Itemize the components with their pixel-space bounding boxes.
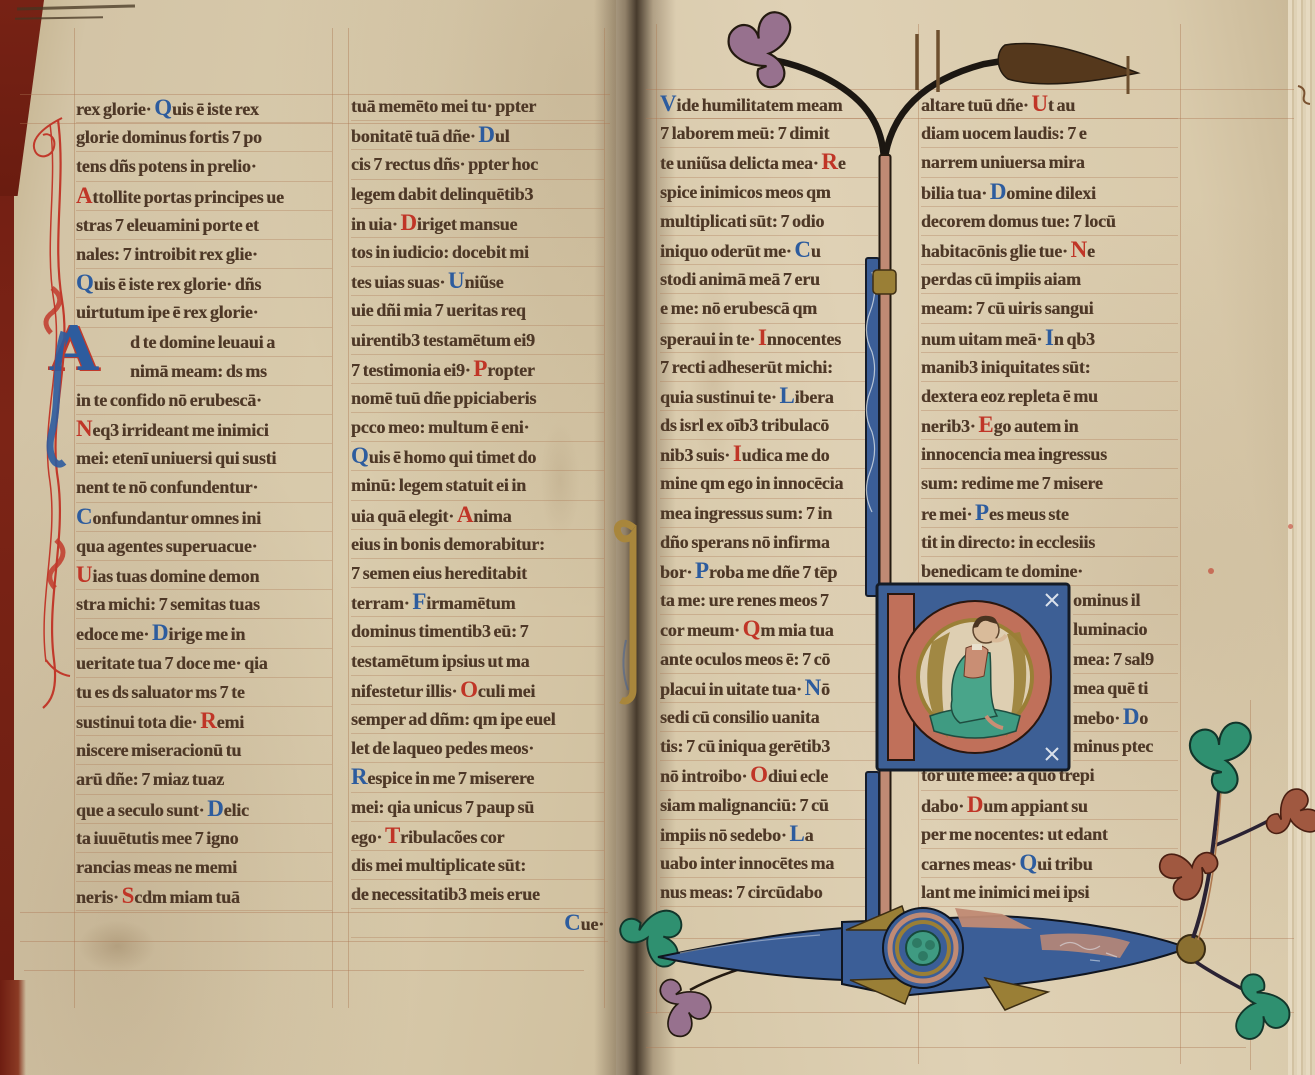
manuscript-text-line: ta iuuētutis mee 7 igno	[76, 824, 332, 853]
text-segment: tes uias suas·	[351, 272, 448, 292]
ruling-line	[1250, 700, 1251, 1070]
colored-initial: L	[789, 821, 804, 846]
text-segment: quia sustinui te·	[660, 387, 779, 407]
manuscript-text-line: narrem uniuersa mira	[921, 148, 1178, 177]
colored-initial: R	[821, 149, 837, 174]
manuscript-text-line: Confundantur omnes ini	[76, 503, 332, 532]
text-segment: per me nocentes: ut edant	[921, 824, 1108, 844]
manuscript-text-line: Respice in me 7 miserere	[351, 763, 604, 792]
text-segment: de necessitatib3 meis erue	[351, 884, 540, 904]
colored-initial: N	[805, 675, 821, 700]
ruling-line	[74, 28, 75, 1008]
text-segment: dominus timentib3 eū: 7	[351, 621, 528, 641]
manuscript-text-line: in uia· Diriget mansue	[351, 209, 604, 238]
text-segment: multiplicati sūt: 7 odio	[660, 211, 824, 231]
text-segment: ueritate tua 7 doce me· qia	[76, 653, 268, 673]
text-segment: cdm miam tuā	[134, 887, 240, 907]
text-segment: nimā meam: ds ms	[130, 361, 267, 381]
colored-initial: S	[122, 883, 135, 908]
text-segment: uis ē iste rex	[172, 99, 259, 119]
text-segment: u	[811, 241, 821, 261]
manuscript-text-line: impiis nō sedebo· La	[660, 820, 878, 849]
text-segment: nerib3·	[921, 416, 978, 436]
text-segment: bor·	[660, 562, 695, 582]
text-segment: ue·	[581, 914, 604, 934]
text-segment: nifestetur illis·	[351, 681, 460, 701]
text-segment: placui in uitate tua·	[660, 679, 805, 699]
manuscript-text-line: dextera eoz repleta ē mu	[921, 382, 1178, 411]
manuscript-text-line: testamētum ipsius ut ma	[351, 647, 604, 676]
text-segment: ul	[495, 126, 510, 146]
manuscript-text-line: tu es ds saluator ms 7 te	[76, 678, 332, 707]
manuscript-text-line: nus meas: 7 circūdabo	[660, 878, 878, 907]
manuscript-text-line: 7 testimonia ei9· Propter	[351, 355, 604, 384]
text-segment: que a seculo sunt·	[76, 800, 207, 820]
text-segment: rancias meas ne memi	[76, 857, 237, 877]
text-segment: diui ecle	[768, 766, 828, 786]
text-segment: lant me inimici mei ipsi	[921, 882, 1089, 902]
manuscript-text-line: re mei· Pes meus ste	[921, 499, 1178, 528]
text-segment: habitacōnis glie tue·	[921, 241, 1071, 261]
manuscript-text-line: tor uite mee: a quo trepi	[921, 761, 1178, 790]
text-segment: ta me: ure renes meos 7	[660, 590, 829, 610]
text-segment: es meus ste	[989, 504, 1069, 524]
colored-initial: N	[76, 416, 92, 441]
manuscript-text-line: nerib3· Ego autem in	[921, 411, 1178, 440]
page-stack-edge	[1288, 0, 1315, 1075]
manuscript-text-line: Vide humilitatem meam	[660, 90, 878, 119]
text-segment: ds isrl ex oīb3 tribulacō	[660, 415, 829, 435]
text-segment: mei: qia unicus 7 paup sū	[351, 797, 534, 817]
ruling-line	[24, 970, 584, 971]
text-segment: dis mei multiplicate sūt:	[351, 855, 526, 875]
manuscript-text-line: mea ingressus sum: 7 in	[660, 499, 878, 528]
text-segment: ui tribu	[1037, 854, 1092, 874]
manuscript-text-line: tos in iudicio: docebit mi	[351, 238, 604, 267]
colored-initial: D	[478, 122, 494, 147]
text-segment: e	[838, 153, 846, 173]
manuscript-text-line: stras 7 eleuamini porte et	[76, 211, 332, 240]
colored-initial: T	[385, 823, 400, 848]
manuscript-text-line: nifestetur illis· Oculi mei	[351, 676, 604, 705]
text-segment: impiis nō sedebo·	[660, 825, 789, 845]
colored-initial: P	[695, 558, 709, 583]
manuscript-text-line: tis: 7 cū iniqua gerētib3	[660, 732, 878, 761]
manuscript-text-line: dño sperans nō infirma	[660, 528, 878, 557]
text-segment: uirentib3 testamētum ei9	[351, 330, 535, 350]
manuscript-text-line: tit in directo: in ecclesiis	[921, 528, 1178, 557]
text-segment: edoce me·	[76, 624, 152, 644]
text-segment: tos in iudicio: docebit mi	[351, 242, 529, 262]
text-segment: tor uite mee: a quo trepi	[921, 765, 1094, 785]
text-segment: omine dilexi	[1006, 183, 1096, 203]
manuscript-text-line: Uias tuas domine demon	[76, 561, 332, 590]
manuscript-text-line: iniquo oderūt me· Cu	[660, 236, 878, 265]
text-segment: ribulacões cor	[400, 827, 504, 847]
ruling-line	[646, 1047, 1246, 1048]
text-segment: nent te nō confundentur·	[76, 477, 258, 497]
manuscript-text-line: semper ad dñm: qm ipe euel	[351, 705, 604, 734]
colored-initial: F	[412, 589, 426, 614]
manuscript-text-line: Attollite portas principes ue	[76, 182, 332, 211]
colored-initial: L	[779, 383, 794, 408]
text-segment: 7 laborem meū: 7 dimit	[660, 123, 829, 143]
text-segment: roba me dñe 7 tēp	[709, 562, 837, 582]
text-segment: ego·	[351, 827, 385, 847]
manuscript-text-line: edoce me· Dirige me in	[76, 619, 332, 648]
text-segment: tit in directo: in ecclesiis	[921, 532, 1095, 552]
text-segment: glorie dominus fortis 7 po	[76, 127, 262, 147]
colored-initial: U	[1031, 91, 1047, 116]
text-segment: mei: etenī uniuersi qui susti	[76, 448, 276, 468]
manuscript-text-line: uabo inter innocētes ma	[660, 849, 878, 878]
colored-initial: U	[448, 268, 464, 293]
text-segment: let de laqueo pedes meos·	[351, 738, 534, 758]
manuscript-text-line: ego· Tribulacões cor	[351, 822, 604, 851]
text-segment: narrem uniuersa mira	[921, 152, 1085, 172]
text-segment: nus meas: 7 circūdabo	[660, 882, 823, 902]
text-segment: go autem in	[994, 416, 1079, 436]
manuscript-text-line: Cue·	[351, 909, 604, 938]
ink-speck	[1288, 524, 1293, 529]
text-segment: uabo inter innocētes ma	[660, 853, 834, 873]
text-segment: dño sperans nō infirma	[660, 532, 830, 552]
text-segment: ante oculos meos ē: 7 cō	[660, 649, 830, 669]
text-segment: siam malignanciū: 7 cū	[660, 795, 829, 815]
manuscript-text-line: glorie dominus fortis 7 po	[76, 123, 332, 152]
manuscript-text-line: nent te nō confundentur·	[76, 473, 332, 502]
text-segment: nomē tuū dñe ppiciaberis	[351, 388, 536, 408]
manuscript-text-line: ta me: ure renes meos 7	[660, 586, 878, 615]
manuscript-text-line: spice inimicos meos qm	[660, 178, 878, 207]
ruling-line	[646, 1012, 1294, 1013]
text-segment: nib3 suis·	[660, 445, 733, 465]
manuscript-text-line: bor· Proba me dñe 7 tēp	[660, 557, 878, 586]
text-segment: luminacio	[1073, 619, 1147, 639]
text-segment: udica me do	[742, 445, 830, 465]
text-segment: o	[1139, 708, 1148, 728]
text-segment: uie dñi mia 7 ueritas req	[351, 300, 526, 320]
manuscript-text-line: stra michi: 7 semitas tuas	[76, 590, 332, 619]
text-segment: neris·	[76, 887, 122, 907]
text-segment: ias tuas domine demon	[92, 566, 259, 586]
manuscript-text-line: mei: etenī uniuersi qui susti	[76, 444, 332, 473]
colored-initial: R	[200, 708, 216, 733]
manuscript-text-line: de necessitatib3 meis erue	[351, 880, 604, 909]
text-segment: eq3 irrideant me inimici	[92, 420, 268, 440]
manuscript-text-line: bilia tua· Domine dilexi	[921, 178, 1178, 207]
text-segment: iniquo oderūt me·	[660, 241, 794, 261]
colored-initial: E	[978, 412, 993, 437]
manuscript-text-line: num uitam meā· In qb3	[921, 324, 1178, 353]
text-segment: emi	[217, 712, 244, 732]
text-segment: e	[1087, 241, 1095, 261]
text-segment: ibera	[795, 387, 834, 407]
ink-speck	[1208, 568, 1214, 574]
text-segment: stodi animā meā 7 eru	[660, 269, 820, 289]
colored-initial: C	[564, 910, 580, 935]
text-segment: nales: 7 introibit rex glie·	[76, 244, 258, 264]
text-segment: stras 7 eleuamini porte et	[76, 215, 259, 235]
colored-initial: Q	[154, 95, 172, 120]
text-segment: decorem domus tue: 7 locū	[921, 211, 1116, 231]
colored-initial: D	[990, 179, 1006, 204]
ruling-line	[604, 28, 605, 1008]
ruling-line	[918, 24, 919, 1064]
text-segment: carnes meas·	[921, 854, 1019, 874]
manuscript-text-line: que a seculo sunt· Delic	[76, 795, 332, 824]
text-segment: bonitatē tuā dñe·	[351, 126, 478, 146]
manuscript-photo: A rex glorie· Quis ē iste rexglorie domi…	[0, 0, 1315, 1075]
manuscript-text-line: decorem domus tue: 7 locū	[921, 207, 1178, 236]
text-segment: a	[805, 825, 814, 845]
text-segment: spice inimicos meos qm	[660, 182, 831, 202]
manuscript-text-line: minus ptec	[1073, 732, 1178, 761]
text-segment: legem dabit delinquētib3	[351, 184, 533, 204]
text-segment: ta iuuētutis mee 7 igno	[76, 828, 238, 848]
text-segment: mea ingressus sum: 7 in	[660, 503, 832, 523]
colored-initial: D	[967, 792, 983, 817]
manuscript-text-line: speraui in te· Innocentes	[660, 324, 878, 353]
manuscript-text-line: rancias meas ne memi	[76, 853, 332, 882]
text-segment: speraui in te·	[660, 329, 758, 349]
text-segment: sum: redime me 7 misere	[921, 473, 1103, 493]
manuscript-text-line: manib3 iniquitates sūt:	[921, 353, 1178, 382]
text-segment: niũse	[464, 272, 503, 292]
text-segment: irige me in	[168, 624, 245, 644]
text-segment: manib3 iniquitates sūt:	[921, 357, 1090, 377]
manuscript-text-line: quia sustinui te· Libera	[660, 382, 878, 411]
manuscript-text-line: dominus timentib3 eū: 7	[351, 617, 604, 646]
manuscript-text-line: nib3 suis· Iudica me do	[660, 440, 878, 469]
manuscript-text-line: d te domine leuaui a	[76, 328, 332, 357]
text-segment: mebo·	[1073, 708, 1123, 728]
text-segment: cis 7 rectus dñs· ppter hoc	[351, 154, 538, 174]
text-segment: um appiant su	[983, 796, 1087, 816]
manuscript-text-line: nimā meam: ds ms	[76, 357, 332, 386]
text-segment: mine qm ego in innocēcia	[660, 473, 843, 493]
manuscript-text-line: nomē tuū dñe ppiciaberis	[351, 384, 604, 413]
colored-initial: O	[750, 762, 768, 787]
manuscript-text-line: Neq3 irrideant me inimici	[76, 415, 332, 444]
manuscript-text-line: ante oculos meos ē: 7 cō	[660, 645, 878, 674]
text-segment: ō	[821, 679, 830, 699]
colored-initial: N	[1071, 237, 1087, 262]
manuscript-text-line: mei: qia unicus 7 paup sū	[351, 793, 604, 822]
text-segment: uia quā elegit·	[351, 506, 457, 526]
manuscript-text-line: mebo· Do	[1073, 703, 1178, 732]
text-segment: tuā memēto mei tu· ppter	[351, 96, 536, 116]
text-segment: 7 recti adheserūt michi:	[660, 357, 833, 377]
ruling-line	[1180, 24, 1181, 1064]
manuscript-text-line: arū dñe: 7 miaz tuaz	[76, 765, 332, 794]
manuscript-text-line: dis mei multiplicate sūt:	[351, 851, 604, 880]
colored-initial: Q	[1019, 850, 1037, 875]
manuscript-text-line: let de laqueo pedes meos·	[351, 734, 604, 763]
right-page-column-1: Vide humilitatem meam7 laborem meū: 7 di…	[660, 90, 878, 907]
colored-initial: P	[975, 500, 989, 525]
manuscript-text-line: pcco meo: multum ē eni·	[351, 413, 604, 442]
manuscript-text-line: te uniũsa delicta mea· Re	[660, 148, 878, 177]
colored-initial: I	[1045, 325, 1054, 350]
manuscript-text-line: uirentib3 testamētum ei9	[351, 326, 604, 355]
manuscript-text-line: mea quē ti	[1073, 674, 1178, 703]
manuscript-text-line: mine qm ego in innocēcia	[660, 469, 878, 498]
text-segment: altare tuū dñe·	[921, 95, 1031, 115]
manuscript-text-line: lant me inimici mei ipsi	[921, 878, 1178, 907]
manuscript-text-line: in te confido nō erubescā·	[76, 386, 332, 415]
text-segment: 7 semen eius hereditabit	[351, 563, 527, 583]
colored-initial: V	[660, 91, 676, 116]
text-segment: eius in bonis demorabitur:	[351, 534, 545, 554]
manuscript-text-line: terram· Firmamētum	[351, 588, 604, 617]
ruling-line	[332, 28, 333, 1008]
text-segment: terram·	[351, 593, 412, 613]
text-segment: sedi cū consilio uanita	[660, 707, 819, 727]
manuscript-text-line: minū: legem statuit ei in	[351, 471, 604, 500]
right-page-column-2: altare tuū dñe· Ut audiam uocem laudis: …	[921, 90, 1178, 907]
colored-initial: O	[460, 677, 478, 702]
manuscript-text-line: habitacōnis glie tue· Ne	[921, 236, 1178, 265]
manuscript-text-line: ds isrl ex oīb3 tribulacō	[660, 411, 878, 440]
text-segment: cor meum·	[660, 620, 743, 640]
text-segment: semper ad dñm: qm ipe euel	[351, 709, 555, 729]
manuscript-text-line: stodi animā meā 7 eru	[660, 265, 878, 294]
text-segment: tens dñs potens in prelio·	[76, 156, 257, 176]
manuscript-text-line: placui in uitate tua· Nō	[660, 674, 878, 703]
manuscript-text-line: eius in bonis demorabitur:	[351, 530, 604, 559]
text-segment: irmamētum	[426, 593, 515, 613]
manuscript-text-line: uirtutum ipe ē rex glorie·	[76, 298, 332, 327]
colored-initial: I	[733, 441, 742, 466]
text-segment: d te domine leuaui a	[130, 332, 275, 352]
colored-initial: Q	[743, 616, 761, 641]
manuscript-text-line: 7 semen eius hereditabit	[351, 559, 604, 588]
text-segment: mea quē ti	[1073, 678, 1148, 698]
text-segment: num uitam meā·	[921, 329, 1045, 349]
ruling-line	[646, 938, 1294, 939]
manuscript-text-line: sustinui tota die· Remi	[76, 707, 332, 736]
colored-initial: C	[76, 504, 92, 529]
manuscript-text-line: altare tuū dñe· Ut au	[921, 90, 1178, 119]
text-segment: ttollite portas principes ue	[92, 187, 283, 207]
text-segment: nō introibo·	[660, 766, 750, 786]
text-segment: espice in me 7 miserere	[367, 768, 534, 788]
text-segment: m mia tua	[760, 620, 833, 640]
manuscript-text-line: carnes meas· Qui tribu	[921, 849, 1178, 878]
manuscript-text-line: ueritate tua 7 doce me· qia	[76, 649, 332, 678]
manuscript-text-line: Quis ē iste rex glorie· dñs	[76, 269, 332, 298]
text-segment: in uia·	[351, 214, 400, 234]
text-segment: bilia tua·	[921, 183, 990, 203]
text-segment: 7 testimonia ei9·	[351, 360, 473, 380]
colored-initial: I	[758, 325, 767, 350]
manuscript-text-line: Quis ē homo qui timet do	[351, 442, 604, 471]
manuscript-text-line: meam: 7 cū uiris sangui	[921, 294, 1178, 323]
text-segment: in te confido nō erubescā·	[76, 390, 262, 410]
manuscript-text-line: uia quā elegit· Anima	[351, 501, 604, 530]
ruling-line	[656, 24, 657, 1014]
text-segment: minū: legem statuit ei in	[351, 475, 526, 495]
text-segment: ominus il	[1073, 590, 1140, 610]
text-segment: testamētum ipsius ut ma	[351, 651, 529, 671]
left-page-column-2: tuā memēto mei tu· ppterbonitatē tuā dñe…	[351, 92, 604, 938]
manuscript-text-line: ominus il	[1073, 586, 1178, 615]
manuscript-text-line: bonitatē tuā dñe· Dul	[351, 121, 604, 150]
text-segment: onfundantur omnes ini	[92, 508, 261, 528]
manuscript-text-line: nō introibo· Odiui ecle	[660, 761, 878, 790]
text-segment: qua agentes superuacue·	[76, 536, 257, 556]
text-segment: rex glorie·	[76, 99, 154, 119]
colored-initial: D	[152, 620, 168, 645]
manuscript-text-line: niscere miseracionū tu	[76, 736, 332, 765]
manuscript-text-line: benedicam te domine·	[921, 557, 1178, 586]
manuscript-text-line: sum: redime me 7 misere	[921, 469, 1178, 498]
text-segment: nnocentes	[767, 329, 841, 349]
text-segment: uis ē homo qui timet do	[369, 447, 536, 467]
colored-initial: D	[400, 210, 416, 235]
text-segment: innocencia mea ingressus	[921, 444, 1107, 464]
manuscript-text-line: rex glorie· Quis ē iste rex	[76, 94, 332, 123]
manuscript-text-line: diam uocem laudis: 7 e	[921, 119, 1178, 148]
manuscript-text-line: 7 laborem meū: 7 dimit	[660, 119, 878, 148]
colored-initial: Q	[351, 443, 369, 468]
text-segment: iriget mansue	[417, 214, 517, 234]
manuscript-text-line: e me: nō erubescā qm	[660, 294, 878, 323]
manuscript-text-line: tes uias suas· Uniũse	[351, 267, 604, 296]
colored-initial: A	[457, 502, 473, 527]
manuscript-text-line: legem dabit delinquētib3	[351, 180, 604, 209]
manuscript-text-line: uie dñi mia 7 ueritas req	[351, 296, 604, 325]
text-segment: uis ē iste rex glorie· dñs	[94, 274, 261, 294]
text-segment: culi mei	[478, 681, 535, 701]
text-segment: elic	[224, 800, 249, 820]
colored-initial: P	[473, 356, 487, 381]
manuscript-text-line: neris· Scdm miam tuā	[76, 882, 332, 911]
manuscript-text-line: dabo· Dum appiant su	[921, 791, 1178, 820]
manuscript-text-line: per me nocentes: ut edant	[921, 820, 1178, 849]
manuscript-text-line: perdas cū impiis aiam	[921, 265, 1178, 294]
colored-initial: Q	[76, 270, 94, 295]
manuscript-text-line: 7 recti adheserūt michi:	[660, 353, 878, 382]
text-segment: perdas cū impiis aiam	[921, 269, 1081, 289]
manuscript-text-line: cis 7 rectus dñs· ppter hoc	[351, 150, 604, 179]
text-segment: mea: 7 sal9	[1073, 649, 1154, 669]
text-segment: ropter	[487, 360, 534, 380]
text-segment: n qb3	[1054, 329, 1095, 349]
text-segment: arū dñe: 7 miaz tuaz	[76, 769, 224, 789]
text-segment: stra michi: 7 semitas tuas	[76, 594, 260, 614]
text-segment: niscere miseracionū tu	[76, 740, 241, 760]
text-segment: ide humilitatem meam	[676, 95, 842, 115]
manuscript-text-line: siam malignanciū: 7 cū	[660, 791, 878, 820]
text-segment: tis: 7 cū iniqua gerētib3	[660, 736, 830, 756]
manuscript-text-line: tens dñs potens in prelio·	[76, 152, 332, 181]
text-segment: t au	[1048, 95, 1075, 115]
text-segment: dextera eoz repleta ē mu	[921, 386, 1098, 406]
colored-initial: R	[351, 764, 367, 789]
text-segment: diam uocem laudis: 7 e	[921, 123, 1087, 143]
colored-initial: C	[794, 237, 810, 262]
text-segment: minus ptec	[1073, 736, 1153, 756]
ruling-line	[348, 28, 349, 1008]
colored-initial: D	[1123, 704, 1139, 729]
text-segment: nima	[473, 506, 511, 526]
text-segment: dabo·	[921, 796, 967, 816]
manuscript-text-line: nales: 7 introibit rex glie·	[76, 240, 332, 269]
manuscript-text-line: sedi cū consilio uanita	[660, 703, 878, 732]
manuscript-text-line: luminacio	[1073, 615, 1178, 644]
